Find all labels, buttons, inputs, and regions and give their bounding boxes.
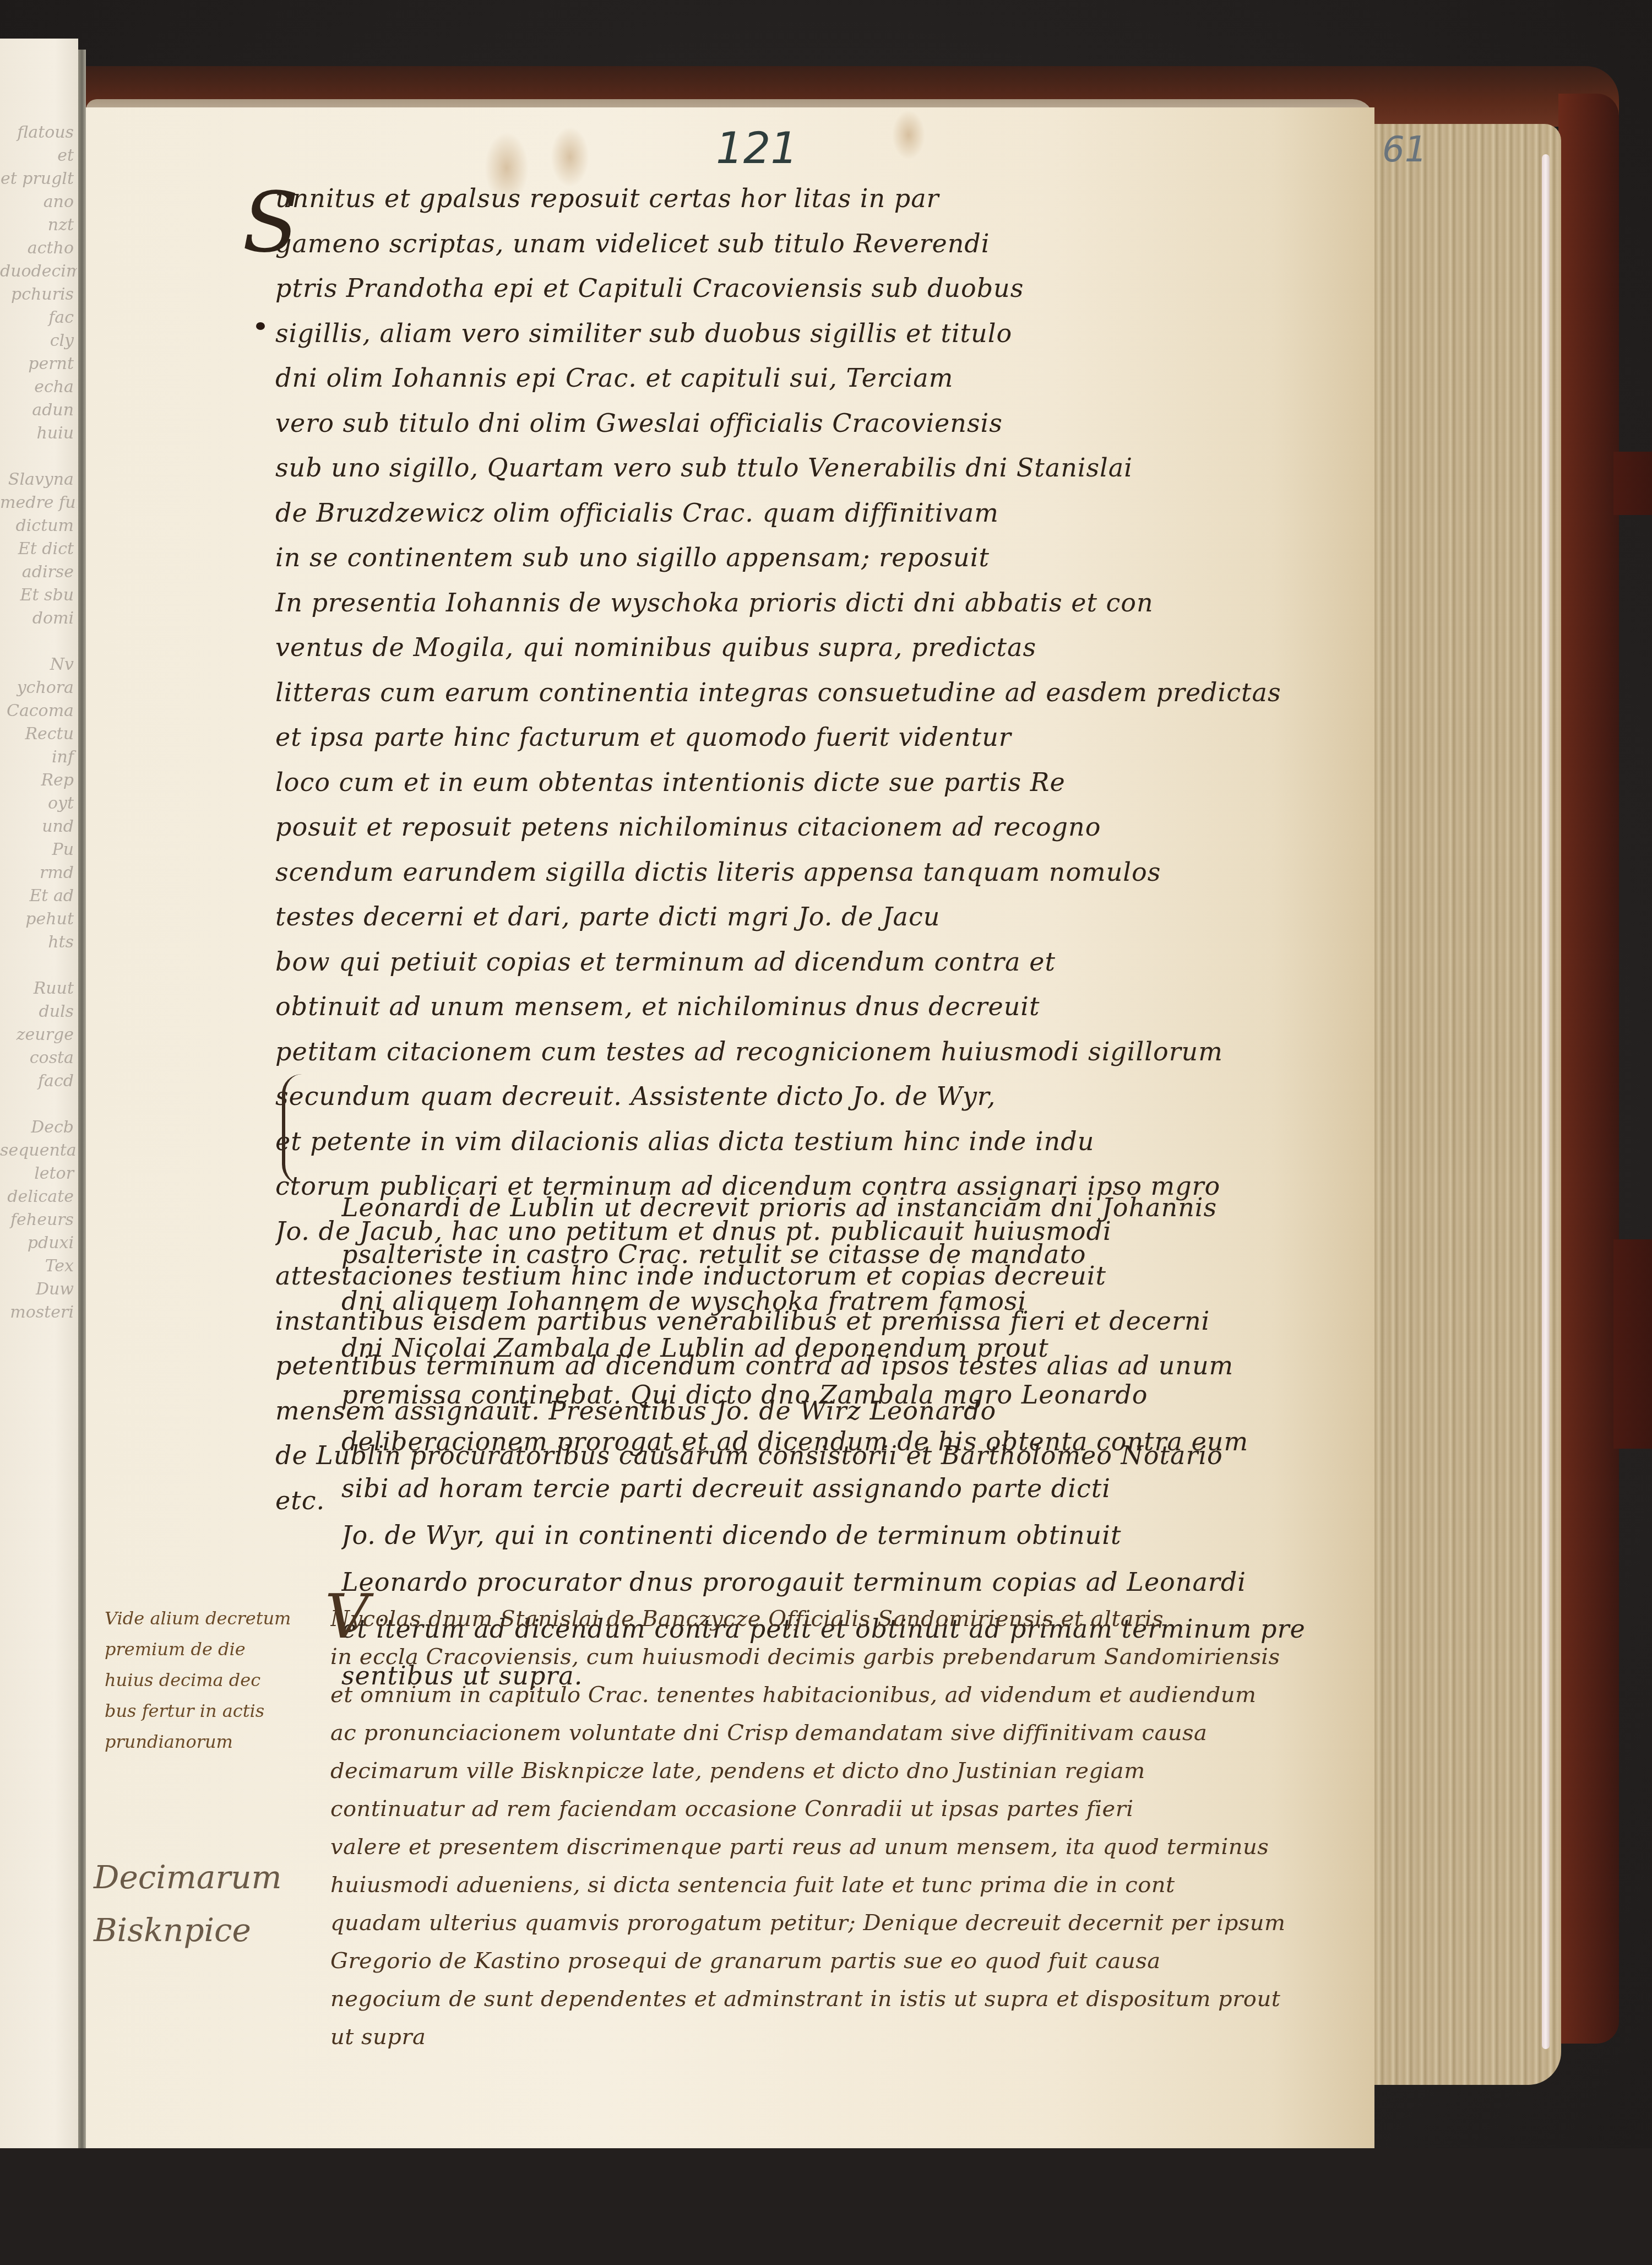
facing-page-fragment: inf	[0, 746, 74, 769]
facing-page-fragment: Duw	[0, 1278, 74, 1301]
text-line: in se continentem sub uno sigillo appens…	[275, 535, 1377, 581]
note-line: Bisknpice	[94, 1904, 282, 1957]
facing-page-fragment: adirse	[0, 561, 74, 584]
facing-page-fragment: letor	[0, 1162, 74, 1185]
text-line: litteras cum earum continentia integras …	[275, 670, 1377, 716]
text-line: dni olim Iohannis epi Crac. et capituli …	[275, 356, 1377, 401]
facing-page-fragment: Tex	[0, 1255, 74, 1278]
text-line: deliberacionem prorogat et ad dicendum d…	[341, 1418, 1377, 1465]
text-line: Gregorio de Kastino prosequi de granarum…	[330, 1942, 1377, 1980]
facing-page-fragment	[0, 630, 74, 653]
facing-page-fragment: pehut	[0, 908, 74, 931]
text-line: ventus de Mogila, qui nominibus quibus s…	[275, 625, 1377, 670]
facing-page-fragment: duodecim	[0, 260, 74, 283]
facing-page-fragment: et	[0, 144, 74, 167]
book-gutter	[78, 50, 86, 2176]
alt-folio-number: 61	[1382, 129, 1427, 170]
text-line: continuatur ad rem faciendam occasione C…	[330, 1790, 1377, 1828]
text-line: ut supra	[330, 2018, 1377, 2056]
fore-edge-highlight	[1542, 154, 1550, 2049]
text-line: sibi ad horam tercie parti decreuit assi…	[341, 1465, 1377, 1512]
text-line: decimarum ville Bisknpicze late, pendens…	[330, 1752, 1377, 1790]
facing-page-fragment: Et dict	[0, 538, 74, 561]
text-line: loco cum et in eum obtentas intentionis …	[275, 760, 1377, 805]
facing-page-fragment: fac	[0, 306, 74, 329]
facing-page-fragment: echa	[0, 376, 74, 399]
text-line: huiusmodi adueniens, si dicta sentencia …	[330, 1866, 1377, 1904]
note-line: prundianorum	[105, 1726, 291, 1757]
text-line: gameno scriptas, unam videlicet sub titu…	[275, 221, 1377, 267]
facing-page-fragment: mosteri	[0, 1301, 74, 1324]
facing-page-fragment: costa	[0, 1047, 74, 1070]
margin-note-cross-reference: Vide alium decretum premium de die huius…	[105, 1603, 291, 1757]
facing-page-fragment: ano	[0, 191, 74, 214]
text-line: Jo. de Wyr, qui in continenti dicendo de…	[341, 1512, 1377, 1559]
scan-background-bottom	[0, 2148, 1652, 2265]
text-line: Leonardo procurator dnus prorogauit term…	[341, 1559, 1377, 1606]
text-line: Nycolas dnum Stanislai de Banczycze Offi…	[330, 1600, 1377, 1638]
text-line: psalteriste in castro Crac. retulit se c…	[341, 1231, 1377, 1278]
facing-page-fragment: Slavyna	[0, 468, 74, 491]
text-line: vero sub titulo dni olim Gweslai officia…	[275, 401, 1377, 446]
cover-strap-lower	[1613, 1239, 1652, 1449]
facing-page-fragment	[0, 445, 74, 468]
facing-page-fragment: adun	[0, 399, 74, 422]
margin-bracket	[282, 1074, 302, 1184]
facing-page-fragment: et pruglt	[0, 167, 74, 191]
facing-page-fragment: cly	[0, 329, 74, 353]
third-entry-text: Nycolas dnum Stanislai de Banczycze Offi…	[330, 1600, 1377, 2056]
facing-page-fragment: Rectu	[0, 723, 74, 746]
note-line: Vide alium decretum	[105, 1603, 291, 1634]
text-line: et ipsa parte hinc facturum et quomodo f…	[275, 715, 1377, 760]
ink-blot	[256, 322, 265, 330]
facing-page-fragment: Et ad	[0, 885, 74, 908]
facing-page-fragment: hts	[0, 931, 74, 954]
facing-page-fragment: dictum	[0, 514, 74, 538]
note-line: premium de die	[105, 1634, 291, 1665]
text-line: de Bruzdzewicz olim officialis Crac. qua…	[275, 491, 1377, 536]
text-line: negocium de sunt dependentes et adminstr…	[330, 1980, 1377, 2018]
facing-page-fragment: Et sbu	[0, 584, 74, 607]
facing-page-fragment: pernt	[0, 353, 74, 376]
text-line: obtinuit ad unum mensem, et nichilominus…	[275, 984, 1377, 1029]
note-line: bus fertur in actis	[105, 1695, 291, 1726]
facing-page-fragment: rmd	[0, 861, 74, 885]
facing-page-fragment: medre fundio	[0, 491, 74, 514]
text-line: unnitus et gpalsus reposuit certas hor l…	[275, 176, 1377, 221]
facing-page-fragment: zeurge	[0, 1023, 74, 1047]
text-line: petitam citacionem cum testes ad recogni…	[275, 1029, 1377, 1075]
facing-page-fragment: Ruut	[0, 977, 74, 1000]
facing-page-fragment: domi	[0, 607, 74, 630]
facing-page-fragment: actho	[0, 237, 74, 260]
text-line: testes decerni et dari, parte dicti mgri…	[275, 895, 1377, 940]
folio-number: 121	[716, 124, 798, 174]
book-cover-right-edge	[1558, 94, 1619, 2044]
text-line: sigillis, aliam vero similiter sub duobu…	[275, 311, 1377, 356]
text-line: dni aliquem Iohannem de wyschoka fratrem…	[341, 1278, 1377, 1325]
text-line: et omnium in capitulo Crac. tenentes hab…	[330, 1676, 1377, 1714]
facing-page-fragment: nzt	[0, 214, 74, 237]
text-line: quadam ulterius quamvis prorogatum petit…	[330, 1904, 1377, 1942]
facing-page-fragment: und	[0, 815, 74, 838]
note-line: Decimarum	[94, 1851, 282, 1904]
facing-page-fragment: delicate	[0, 1185, 74, 1209]
text-line: sub uno sigillo, Quartam vero sub ttulo …	[275, 446, 1377, 491]
text-line: in eccla Cracoviensis, cum huiusmodi dec…	[330, 1638, 1377, 1676]
text-line: ac pronunciacionem voluntate dni Crisp d…	[330, 1714, 1377, 1752]
facing-page-fragment: pchuris	[0, 283, 74, 306]
text-line: scendum earundem sigilla dictis literis …	[275, 850, 1377, 895]
cover-strap-upper	[1613, 452, 1652, 515]
facing-page-fragment: Cacoma	[0, 700, 74, 723]
facing-page-left: flatousetet prugltanonztacthoduodecimpch…	[0, 39, 78, 2170]
facing-page-fragment: Nv	[0, 653, 74, 676]
text-line: dni Nicolai Zambala de Lublin ad deponen…	[341, 1325, 1377, 1372]
facing-page-fragment: Rep	[0, 769, 74, 792]
text-line: In presentia Iohannis de wyschoka priori…	[275, 581, 1377, 626]
facing-page-fragment: duls	[0, 1000, 74, 1023]
facing-page-fragment: facd	[0, 1070, 74, 1093]
facing-page-fragment: Decb	[0, 1116, 74, 1139]
margin-note-subject: Decimarum Bisknpice	[94, 1851, 282, 1957]
facing-page-fragment	[0, 1093, 74, 1116]
text-line: bow qui petiuit copias et terminum ad di…	[275, 940, 1377, 985]
facing-page-fragment: sequenta	[0, 1139, 74, 1162]
facing-page-fragment: pduxi	[0, 1232, 74, 1255]
text-line: ptris Prandotha epi et Capituli Cracovie…	[275, 266, 1377, 311]
water-stain	[892, 110, 925, 160]
facing-page-fragment: feheurs	[0, 1209, 74, 1232]
facing-page-fragment: oyt	[0, 792, 74, 815]
facing-page-fragment	[0, 954, 74, 977]
page-stack-fore-edge	[1371, 124, 1561, 2085]
facing-page-fragment: Pu	[0, 838, 74, 861]
facing-page-fragment: ychora	[0, 676, 74, 700]
text-line: valere et presentem discrimenque parti r…	[330, 1828, 1377, 1866]
text-line: posuit et reposuit petens nichilominus c…	[275, 805, 1377, 850]
facing-page-fragment: flatous	[0, 121, 74, 144]
text-line: premissa continebat. Qui dicto dno Zamba…	[341, 1372, 1377, 1418]
note-line: huius decima dec	[105, 1665, 291, 1695]
text-line: et petente in vim dilacionis alias dicta…	[275, 1119, 1377, 1164]
text-line: secundum quam decreuit. Assistente dicto…	[275, 1074, 1377, 1119]
facing-page-fragment: huiu	[0, 422, 74, 445]
text-line: Leonardi de Lublin ut decrevit prioris a…	[341, 1184, 1377, 1231]
facing-page-text: flatousetet prugltanonztacthoduodecimpch…	[0, 121, 77, 2049]
